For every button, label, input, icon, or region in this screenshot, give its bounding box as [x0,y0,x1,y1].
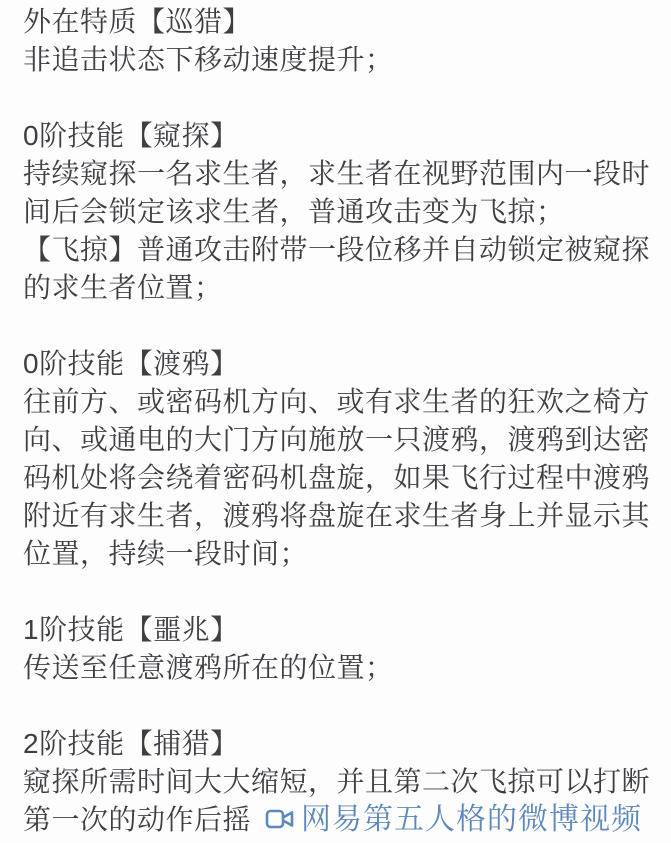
section-trait-patrol: 外在特质【巡猎】 非追击状态下移动速度提升； [23,3,655,79]
section-skill0-peep: 0阶技能【窥探】 持续窥探一名求生者，求生者在视野范围内一段时 间后会锁定该求生… [23,117,655,307]
weibo-video-link[interactable]: 网易第五人格的微博视频 [265,803,642,836]
section-skill2-hunt: 2阶技能【捕猎】 窥探所需时间大大缩短，并且第二次飞掠可以打断 第一次的动作后摇… [23,725,655,839]
section-title: 2阶技能【捕猎】 [23,725,655,763]
section-title: 0阶技能【渡鸦】 [23,345,655,383]
section-body: 往前方、或密码机方向、或有求生者的狂欢之椅方 向、或通电的大门方向施放一只渡鸦，… [23,383,655,573]
section-body: 非追击状态下移动速度提升； [23,41,655,79]
section-title: 1阶技能【噩兆】 [23,611,655,649]
section-skill1-omen: 1阶技能【噩兆】 传送至任意渡鸦所在的位置； [23,611,655,687]
section-body: 持续窥探一名求生者，求生者在视野范围内一段时 间后会锁定该求生者，普通攻击变为飞… [23,155,655,307]
section-skill0-raven: 0阶技能【渡鸦】 往前方、或密码机方向、或有求生者的狂欢之椅方 向、或通电的大门… [23,345,655,573]
section-title: 外在特质【巡猎】 [23,3,655,41]
section-body: 传送至任意渡鸦所在的位置； [23,649,655,687]
video-link-label: 网易第五人格的微博视频 [301,803,642,836]
section-title: 0阶技能【窥探】 [23,117,655,155]
video-camera-icon [265,807,295,831]
section-body: 窥探所需时间大大缩短，并且第二次飞掠可以打断 第一次的动作后摇网易第五人格的微博… [23,763,655,839]
weibo-post-text: 外在特质【巡猎】 非追击状态下移动速度提升； 0阶技能【窥探】 持续窥探一名求生… [0,0,671,843]
